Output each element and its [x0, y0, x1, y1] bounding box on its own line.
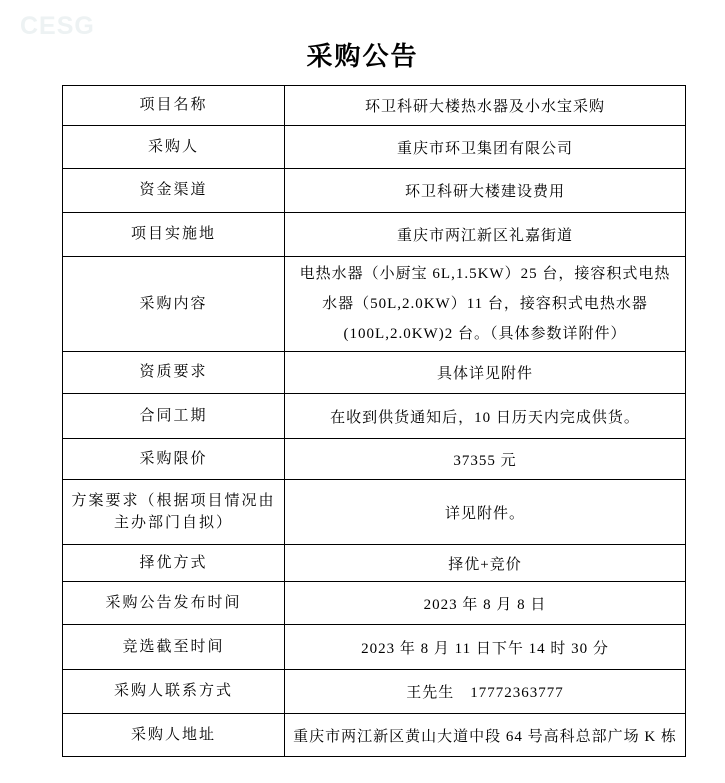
table-row: 竞选截至时间 2023 年 8 月 11 日下午 14 时 30 分 [63, 625, 686, 670]
row-label: 采购人地址 [63, 714, 285, 757]
row-value: 2023 年 8 月 8 日 [285, 582, 686, 625]
row-value: 37355 元 [285, 439, 686, 480]
table-row: 项目实施地 重庆市两江新区礼嘉街道 [63, 213, 686, 257]
watermark-logo: CESG [20, 12, 95, 41]
row-label: 项目名称 [63, 86, 285, 126]
row-label: 择优方式 [63, 545, 285, 582]
table-row: 采购限价 37355 元 [63, 439, 686, 480]
table-row: 方案要求（根据项目情况由主办部门自拟） 详见附件。 [63, 480, 686, 545]
row-value: 择优+竞价 [285, 545, 686, 582]
procurement-table: 项目名称 环卫科研大楼热水器及小水宝采购 采购人 重庆市环卫集团有限公司 资金渠… [62, 85, 686, 757]
row-label: 采购人 [63, 126, 285, 169]
row-label: 资质要求 [63, 352, 285, 394]
row-label: 采购公告发布时间 [63, 582, 285, 625]
row-label: 方案要求（根据项目情况由主办部门自拟） [63, 480, 285, 545]
table-row: 资质要求 具体详见附件 [63, 352, 686, 394]
row-value: 在收到供货通知后，10 日历天内完成供货。 [285, 394, 686, 439]
row-value: 环卫科研大楼建设费用 [285, 169, 686, 213]
table-row: 资金渠道 环卫科研大楼建设费用 [63, 169, 686, 213]
row-value: 详见附件。 [285, 480, 686, 545]
page-title: 采购公告 [0, 0, 725, 85]
table-row: 项目名称 环卫科研大楼热水器及小水宝采购 [63, 86, 686, 126]
row-label: 采购内容 [63, 257, 285, 352]
row-label: 竞选截至时间 [63, 625, 285, 670]
table-row: 采购公告发布时间 2023 年 8 月 8 日 [63, 582, 686, 625]
row-value: 重庆市两江新区黄山大道中段 64 号高科总部广场 K 栋 [285, 714, 686, 757]
row-label: 合同工期 [63, 394, 285, 439]
row-value: 环卫科研大楼热水器及小水宝采购 [285, 86, 686, 126]
table-row: 采购内容 电热水器（小厨宝 6L,1.5KW）25 台，接容积式电热水器（50L… [63, 257, 686, 352]
table-row: 采购人联系方式 王先生 17772363777 [63, 670, 686, 714]
row-value: 王先生 17772363777 [285, 670, 686, 714]
row-value: 重庆市两江新区礼嘉街道 [285, 213, 686, 257]
row-value: 具体详见附件 [285, 352, 686, 394]
row-label: 采购人联系方式 [63, 670, 285, 714]
table-row: 采购人地址 重庆市两江新区黄山大道中段 64 号高科总部广场 K 栋 [63, 714, 686, 757]
table-row: 采购人 重庆市环卫集团有限公司 [63, 126, 686, 169]
row-value: 电热水器（小厨宝 6L,1.5KW）25 台，接容积式电热水器（50L,2.0K… [285, 257, 686, 352]
row-label: 采购限价 [63, 439, 285, 480]
row-value: 重庆市环卫集团有限公司 [285, 126, 686, 169]
row-label: 资金渠道 [63, 169, 285, 213]
row-value: 2023 年 8 月 11 日下午 14 时 30 分 [285, 625, 686, 670]
row-label: 项目实施地 [63, 213, 285, 257]
table-row: 择优方式 择优+竞价 [63, 545, 686, 582]
table-row: 合同工期 在收到供货通知后，10 日历天内完成供货。 [63, 394, 686, 439]
